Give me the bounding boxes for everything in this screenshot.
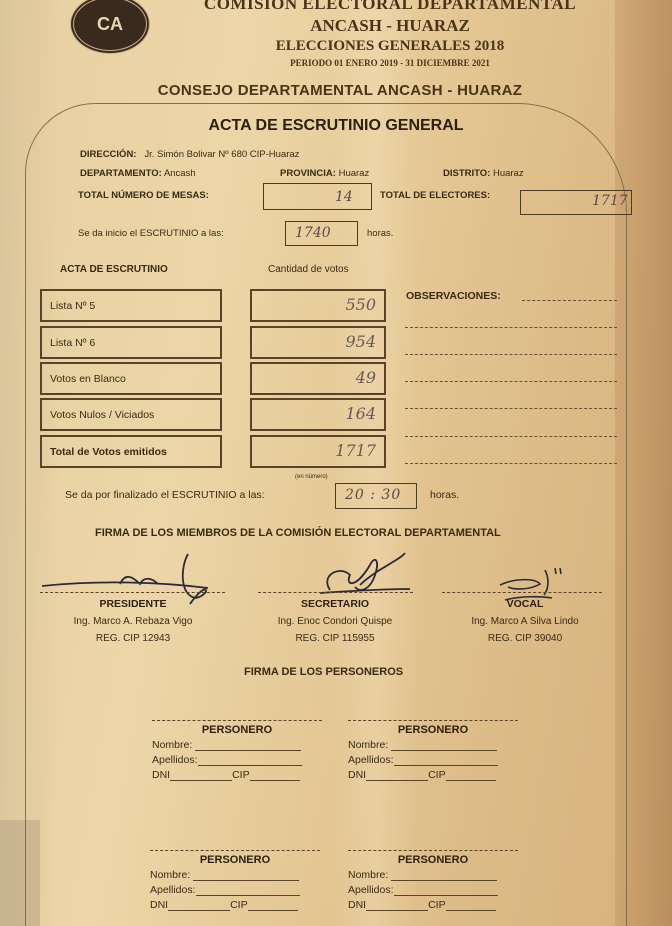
- cip-label: CIP: [428, 769, 446, 781]
- distrito-label: DISTRITO:: [443, 168, 490, 179]
- distrito-value: Huaraz: [493, 168, 524, 179]
- observaciones-line[interactable]: [405, 354, 617, 355]
- result-label-cell: Votos Nulos / Viciados: [40, 398, 222, 431]
- result-value-field[interactable]: 954: [250, 326, 386, 359]
- personero-signature-line[interactable]: [348, 850, 518, 851]
- personero-title: PERSONERO: [152, 724, 322, 736]
- member-role: VOCAL: [435, 598, 615, 610]
- dni-cip-row: DNICIP: [348, 899, 518, 911]
- result-label-cell: Total de Votos emitidos: [40, 435, 222, 468]
- nombre-row: Nombre:: [150, 869, 320, 881]
- dni-cip-row: DNICIP: [348, 769, 518, 781]
- apellidos-label: Apellidos:: [348, 754, 394, 766]
- apellidos-row: Apellidos:: [348, 884, 518, 896]
- page-title: ACTA DE ESCRUTINIO GENERAL: [0, 117, 672, 135]
- apellidos-row: Apellidos:: [150, 884, 320, 896]
- personero-signature-line[interactable]: [150, 850, 320, 851]
- nombre-field[interactable]: [391, 880, 497, 881]
- dni-label: DNI: [348, 769, 366, 781]
- personero-title: PERSONERO: [348, 724, 518, 736]
- president-signature-line: [40, 592, 225, 593]
- observaciones-line[interactable]: [405, 408, 617, 409]
- result-value-field[interactable]: 49: [250, 362, 386, 395]
- org-title: COMISION ELECTORAL DEPARTAMENTAL: [130, 0, 650, 14]
- personero-block: PERSONERONombre: Apellidos:DNICIP: [348, 720, 518, 781]
- fin-value: 20 : 30: [345, 487, 401, 503]
- cip-field[interactable]: [250, 780, 300, 781]
- direccion-label: DIRECCIÓN:: [80, 149, 136, 160]
- provincia-row: PROVINCIA: Huaraz: [280, 168, 369, 179]
- member-reg: REG. CIP 39040: [435, 633, 615, 644]
- direccion-row: DIRECCIÓN: Jr. Simón Bolivar Nº 680 CIP-…: [80, 149, 299, 160]
- apellidos-field[interactable]: [196, 895, 300, 896]
- dni-field[interactable]: [168, 910, 230, 911]
- departamento-value: Ancash: [164, 168, 196, 179]
- apellidos-field[interactable]: [394, 765, 498, 766]
- member-role: PRESIDENTE: [43, 598, 223, 610]
- cip-label: CIP: [428, 899, 446, 911]
- observaciones-line[interactable]: [405, 381, 617, 382]
- secretary-signature-line: [258, 592, 413, 593]
- period-text: PERIODO 01 ENERO 2019 - 31 DICIEMBRE 202…: [130, 58, 650, 68]
- fin-label: Se da por finalizado el ESCRUTINIO a las…: [65, 489, 265, 501]
- member-name: Ing. Enoc Condori Quispe: [245, 616, 425, 627]
- nombre-field[interactable]: [391, 750, 497, 751]
- nombre-label: Nombre:: [152, 739, 192, 751]
- result-label-cell: Lista Nº 5: [40, 289, 222, 322]
- member-name: Ing. Marco A Silva Lindo: [435, 616, 615, 627]
- mesas-value: 14: [335, 189, 353, 205]
- personero-title: PERSONERO: [348, 854, 518, 866]
- dni-field[interactable]: [366, 910, 428, 911]
- org-subtitle: ANCASH - HUARAZ: [130, 16, 650, 36]
- result-value-field[interactable]: 164: [250, 398, 386, 431]
- inicio-suffix: horas.: [367, 228, 393, 239]
- cip-field[interactable]: [248, 910, 298, 911]
- apellidos-field[interactable]: [198, 765, 302, 766]
- council-title: CONSEJO DEPARTAMENTAL ANCASH - HUARAZ: [80, 82, 600, 99]
- mesas-label: TOTAL NÚMERO DE MESAS:: [78, 190, 209, 201]
- nombre-field[interactable]: [195, 750, 301, 751]
- election-title: ELECCIONES GENERALES 2018: [130, 38, 650, 55]
- distrito-row: DISTRITO: Huaraz: [443, 168, 524, 179]
- personero-title: PERSONERO: [150, 854, 320, 866]
- observaciones-line[interactable]: [405, 463, 617, 464]
- dni-cip-row: DNICIP: [152, 769, 322, 781]
- observaciones-line[interactable]: [405, 436, 617, 437]
- personero-signature-line[interactable]: [152, 720, 322, 721]
- personero-signature-line[interactable]: [348, 720, 518, 721]
- apellidos-row: Apellidos:: [348, 754, 518, 766]
- apellidos-label: Apellidos:: [152, 754, 198, 766]
- apellidos-label: Apellidos:: [150, 884, 196, 896]
- apellidos-row: Apellidos:: [152, 754, 322, 766]
- dni-field[interactable]: [170, 780, 232, 781]
- nombre-label: Nombre:: [348, 869, 388, 881]
- inicio-value: 1740: [295, 225, 331, 241]
- dni-field[interactable]: [366, 780, 428, 781]
- nombre-row: Nombre:: [348, 739, 518, 751]
- observaciones-line[interactable]: [522, 300, 617, 301]
- provincia-value: Huaraz: [339, 168, 370, 179]
- dni-label: DNI: [150, 899, 168, 911]
- secretary-signature: [260, 545, 420, 605]
- electores-label: TOTAL DE ELECTORES:: [380, 190, 490, 201]
- apellidos-label: Apellidos:: [348, 884, 394, 896]
- member-reg: REG. CIP 115955: [245, 633, 425, 644]
- result-value-field[interactable]: 550: [250, 289, 386, 322]
- direccion-value: Jr. Simón Bolivar Nº 680 CIP-Huaraz: [144, 149, 299, 160]
- nombre-row: Nombre:: [348, 869, 518, 881]
- fin-suffix: horas.: [430, 489, 459, 501]
- cip-label: CIP: [232, 769, 250, 781]
- result-label-cell: Votos en Blanco: [40, 362, 222, 395]
- members-heading: FIRMA DE LOS MIEMBROS DE LA COMISIÓN ELE…: [95, 527, 501, 539]
- vocal-signature-line: [442, 592, 602, 593]
- dni-cip-row: DNICIP: [150, 899, 320, 911]
- departamento-label: DEPARTAMENTO:: [80, 168, 162, 179]
- provincia-label: PROVINCIA:: [280, 168, 336, 179]
- member-name: Ing. Marco A. Rebaza Vigo: [43, 616, 223, 627]
- apellidos-field[interactable]: [394, 895, 498, 896]
- results-col1-header: ACTA DE ESCRUTINIO: [60, 264, 168, 275]
- member-reg: REG. CIP 12943: [43, 633, 223, 644]
- result-label-cell: Lista Nº 6: [40, 326, 222, 359]
- observaciones-line[interactable]: [405, 327, 617, 328]
- cip-field[interactable]: [446, 780, 496, 781]
- cip-field[interactable]: [446, 910, 496, 911]
- mesas-field[interactable]: [263, 183, 372, 210]
- personero-block: PERSONERONombre: Apellidos:DNICIP: [348, 850, 518, 911]
- member-role: SECRETARIO: [245, 598, 425, 610]
- nombre-row: Nombre:: [152, 739, 322, 751]
- personero-block: PERSONERONombre: Apellidos:DNICIP: [150, 850, 320, 911]
- en-numero-note: (en número): [295, 474, 328, 480]
- departamento-row: DEPARTAMENTO: Ancash: [80, 168, 196, 179]
- inicio-label: Se da inicio el ESCRUTINIO a las:: [78, 228, 224, 239]
- observaciones-label: OBSERVACIONES:: [406, 290, 501, 302]
- personero-block: PERSONERONombre: Apellidos:DNICIP: [152, 720, 322, 781]
- dni-label: DNI: [348, 899, 366, 911]
- logo-text: CA: [97, 14, 123, 35]
- nombre-field[interactable]: [193, 880, 299, 881]
- cip-label: CIP: [230, 899, 248, 911]
- result-value-field[interactable]: 1717: [250, 435, 386, 468]
- personeros-heading: FIRMA DE LOS PERSONEROS: [244, 666, 403, 678]
- dni-label: DNI: [152, 769, 170, 781]
- results-col2-header: Cantidad de votos: [268, 264, 349, 275]
- nombre-label: Nombre:: [150, 869, 190, 881]
- nombre-label: Nombre:: [348, 739, 388, 751]
- electores-value: 1717: [592, 193, 628, 209]
